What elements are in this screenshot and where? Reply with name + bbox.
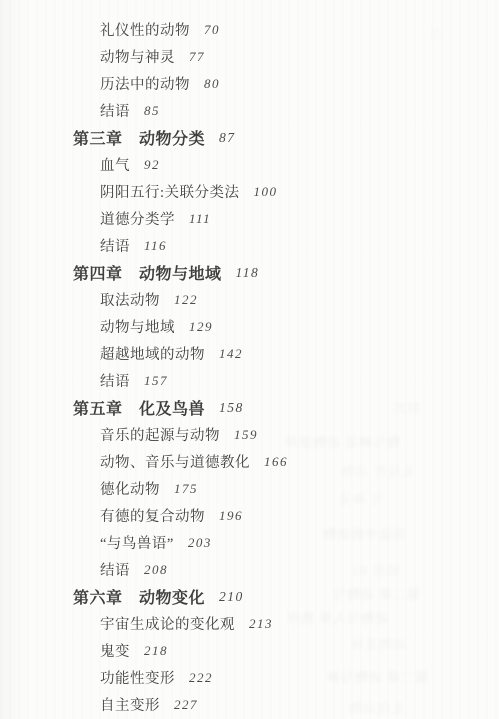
toc-chapter-page: 87 <box>219 130 236 146</box>
toc-entry-label: 动物与地域 <box>100 316 175 337</box>
toc-entry: 动物与神灵 77 <box>0 43 499 70</box>
toc-entry-page: 80 <box>204 76 220 92</box>
toc-entry-label: 阴阳五行:关联分类法 <box>100 181 240 202</box>
table-of-contents: 礼仪性的动物 70 动物与神灵 77 历法中的动物 80 结语 85 第三章 动… <box>0 16 499 718</box>
toc-entry-page: 227 <box>174 697 198 713</box>
toc-entry-label: 有德的复合动物 <box>100 505 205 526</box>
toc-entry-label: 动物与神灵 <box>100 46 175 67</box>
toc-entry-page: 142 <box>219 346 243 362</box>
toc-entry-label: 功能性变形 <box>100 667 175 688</box>
toc-entry: 宇宙生成论的变化观 213 <box>0 610 499 637</box>
toc-entry-page: 116 <box>144 238 167 254</box>
toc-entry: 超越地域的动物 142 <box>0 340 499 367</box>
toc-entry-label: 结语 <box>100 100 130 121</box>
toc-entry-label: 结语 <box>100 370 130 391</box>
toc-entry: 历法中的动物 80 <box>0 70 499 97</box>
toc-entry-page: 175 <box>174 481 198 497</box>
book-toc-page: 礼仪性的动物 70 动物与神灵 77 历法中的动物 80 结语 85 第三章 动… <box>0 0 499 719</box>
toc-entry: 动物、音乐与道德教化 166 <box>0 448 499 475</box>
toc-entry-page: 208 <box>144 562 168 578</box>
toc-entry: 结语 116 <box>0 232 499 259</box>
toc-chapter-page: 158 <box>219 400 244 416</box>
toc-entry-page: 100 <box>254 184 278 200</box>
toc-entry-label: 动物、音乐与道德教化 <box>100 451 250 472</box>
toc-entry: 音乐的起源与动物 159 <box>0 421 499 448</box>
toc-entry-page: 70 <box>204 22 220 38</box>
toc-entry-page: 85 <box>144 103 160 119</box>
toc-chapter-heading: 第五章 化及鸟兽 158 <box>0 394 499 421</box>
toc-entry: 道德分类学 111 <box>0 205 499 232</box>
toc-entry-page: 157 <box>144 373 168 389</box>
toc-entry-label: 鬼变 <box>100 640 130 661</box>
toc-entry-label: “与鸟兽语” <box>100 532 174 553</box>
toc-entry-page: 166 <box>264 454 288 470</box>
toc-entry-label: 宇宙生成论的变化观 <box>100 613 235 634</box>
toc-entry: 取法动物 122 <box>0 286 499 313</box>
toc-entry: 结语 208 <box>0 556 499 583</box>
toc-entry-label: 血气 <box>100 154 130 175</box>
toc-chapter-heading: 第六章 动物变化 210 <box>0 583 499 610</box>
toc-chapter-page: 118 <box>236 265 260 281</box>
toc-entry-page: 213 <box>249 616 273 632</box>
toc-entry-label: 自主变形 <box>100 694 160 715</box>
toc-entry: 结语 157 <box>0 367 499 394</box>
toc-entry-page: 111 <box>189 211 211 227</box>
toc-entry-label: 历法中的动物 <box>100 73 190 94</box>
toc-entry-page: 159 <box>234 427 258 443</box>
toc-entry: 动物与地域 129 <box>0 313 499 340</box>
toc-chapter-label: 第六章 动物变化 <box>73 585 205 608</box>
toc-entry: 血气 92 <box>0 151 499 178</box>
toc-entry-label: 结语 <box>100 235 130 256</box>
toc-chapter-heading: 第四章 动物与地域 118 <box>0 259 499 286</box>
toc-entry-page: 77 <box>189 49 205 65</box>
toc-entry-label: 取法动物 <box>100 289 160 310</box>
toc-entry-label: 超越地域的动物 <box>100 343 205 364</box>
toc-entry-label: 礼仪性的动物 <box>100 19 190 40</box>
toc-entry-page: 129 <box>189 319 213 335</box>
toc-entry-page: 218 <box>144 643 168 659</box>
toc-entry-page: 203 <box>188 535 212 551</box>
toc-entry: 结语 85 <box>0 97 499 124</box>
toc-entry-page: 92 <box>144 157 160 173</box>
toc-entry: 礼仪性的动物 70 <box>0 16 499 43</box>
toc-entry: 功能性变形 222 <box>0 664 499 691</box>
toc-entry: “与鸟兽语” 203 <box>0 529 499 556</box>
toc-entry-label: 音乐的起源与动物 <box>100 424 220 445</box>
toc-entry: 德化动物 175 <box>0 475 499 502</box>
toc-entry: 鬼变 218 <box>0 637 499 664</box>
toc-entry-label: 德化动物 <box>100 478 160 499</box>
toc-entry-label: 道德分类学 <box>100 208 175 229</box>
toc-entry-label: 结语 <box>100 559 130 580</box>
toc-entry-page: 122 <box>174 292 198 308</box>
toc-entry: 有德的复合动物 196 <box>0 502 499 529</box>
toc-entry-page: 196 <box>219 508 243 524</box>
toc-entry: 阴阳五行:关联分类法 100 <box>0 178 499 205</box>
toc-chapter-page: 210 <box>219 589 244 605</box>
toc-entry: 自主变形 227 <box>0 691 499 718</box>
toc-chapter-label: 第五章 化及鸟兽 <box>73 396 205 419</box>
toc-chapter-label: 第三章 动物分类 <box>73 126 205 149</box>
toc-chapter-label: 第四章 动物与地域 <box>73 261 222 284</box>
toc-chapter-heading: 第三章 动物分类 87 <box>0 124 499 151</box>
toc-entry-page: 222 <box>189 670 213 686</box>
